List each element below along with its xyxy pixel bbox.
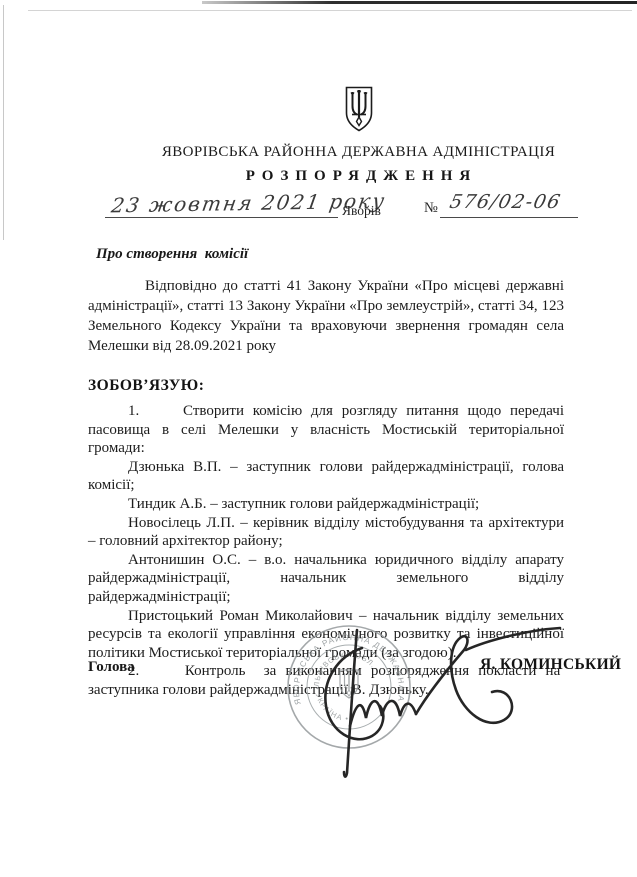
- order-item-1: 1. Створити комісію для розгляду питання…: [88, 402, 564, 458]
- order-heading: ЗОБОВ’ЯЗУЮ:: [88, 377, 204, 395]
- scanned-document-page: { "colors": { "ink": "#1d1d1d", "stamp_g…: [0, 0, 637, 877]
- signer-position: Голова: [88, 659, 135, 676]
- ukraine-trident-emblem-icon: [345, 86, 373, 132]
- number-underline: [440, 217, 578, 218]
- scan-artifact-top-line: [202, 1, 637, 4]
- handwritten-document-number: 576/02-06: [448, 191, 564, 213]
- organization-name: ЯВОРІВСЬКА РАЙОННА ДЕРЖАВНА АДМІНІСТРАЦІ…: [0, 144, 637, 161]
- document-subject: Про створення комісії: [96, 246, 248, 263]
- commission-member: Тиндик А.Б. – заступник голови райдержад…: [88, 495, 564, 514]
- document-type-title: РОЗПОРЯДЖЕННЯ: [0, 168, 637, 185]
- scan-artifact-left-edge: [3, 5, 4, 240]
- date-underline: [105, 217, 338, 218]
- intro-paragraph: Відповідно до статті 41 Закону України «…: [88, 276, 564, 356]
- number-sign-label: №: [424, 200, 438, 217]
- commission-member: Антонишин О.С. – в.о. начальника юридичн…: [88, 551, 564, 607]
- place-label: Яворів: [342, 203, 381, 219]
- handwritten-signature: [238, 606, 578, 786]
- commission-member: Новосілець Л.П. – керівник відділу місто…: [88, 514, 564, 551]
- commission-member: Дзюнька В.П. – заступник голови райдержа…: [88, 458, 564, 495]
- scan-artifact-faint-line: [28, 10, 632, 11]
